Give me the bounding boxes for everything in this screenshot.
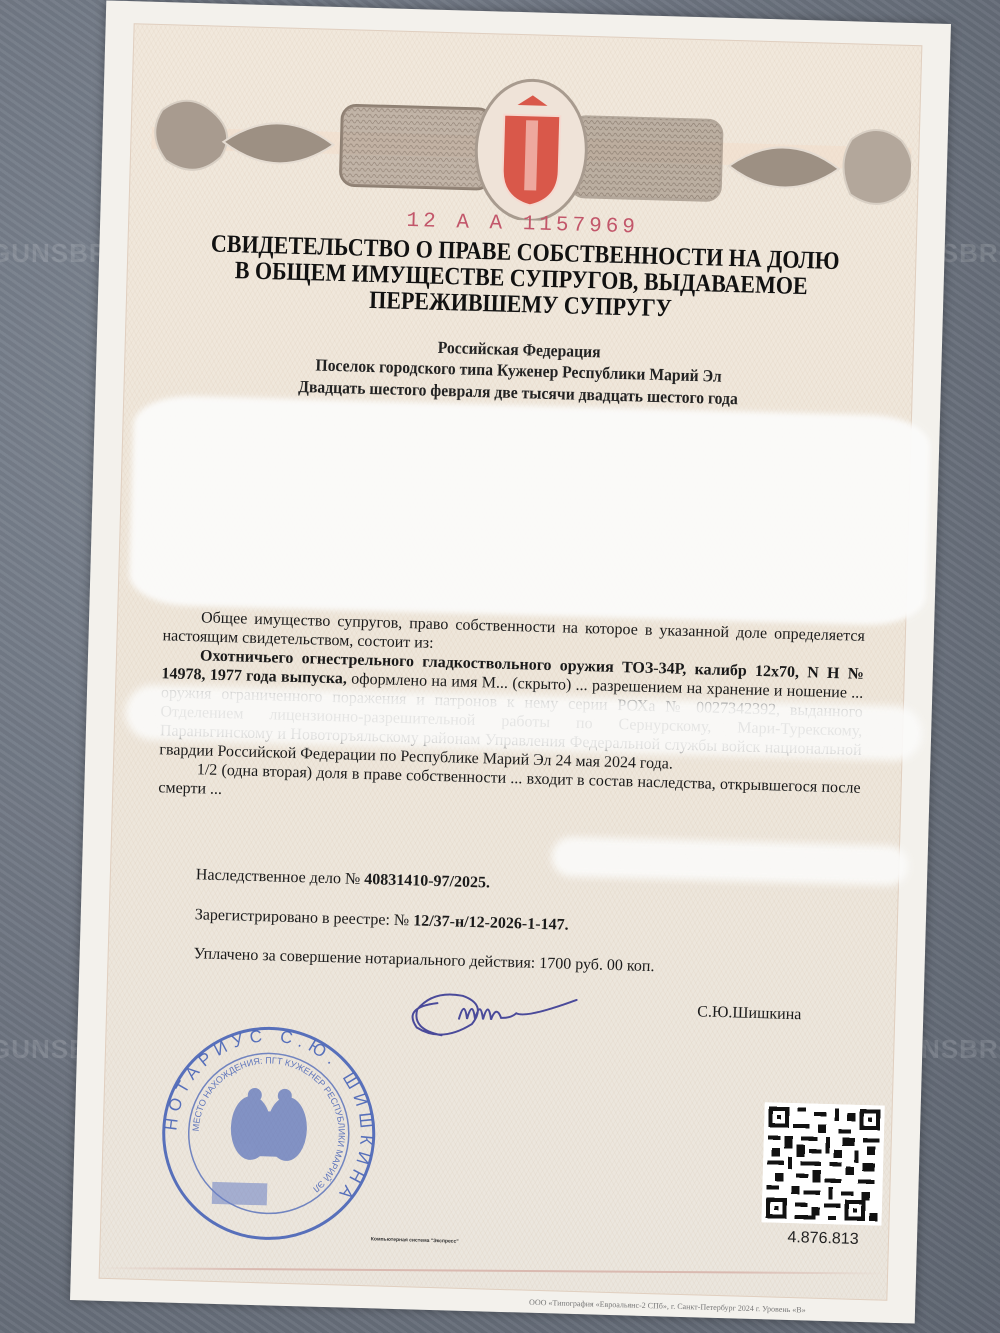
software-note: Компьютерная система "Экспресс" [371, 1236, 459, 1244]
registry-number: 12/37-н/12-2026-1-147. [413, 912, 569, 933]
redacted-area [128, 394, 931, 626]
inheritance-case: Наследственное дело № 40831410-97/2025. [196, 866, 491, 892]
inheritance-case-number: 40831410-97/2025. [364, 871, 490, 892]
printer-note: ООО «Типография «Евроальянс-2 СПб», г. С… [529, 1298, 806, 1315]
registry-label: Зарегистрировано в реестре: № [195, 906, 410, 929]
document-title: СВИДЕТЕЛЬСТВО О ПРАВЕ СОБСТВЕННОСТИ НА Д… [209, 231, 833, 326]
qr-number: 4.876.813 [763, 1228, 883, 1249]
certificate-blank: 12 А А 1157969 СВИДЕТЕЛЬСТВО О ПРАВЕ СОБ… [99, 23, 923, 1301]
notary-stamp-icon: НОТАРИУС С.Ю. ШИШКИНА МЕСТО НАХОЖДЕНИЯ: … [156, 1020, 382, 1246]
fold-line [100, 1267, 887, 1274]
notary-name: С.Ю.Шишкина [697, 1003, 802, 1024]
inheritance-case-label: Наследственное дело № [196, 866, 361, 888]
registry-entry: Зарегистрировано в реестре: № 12/37-н/12… [195, 906, 569, 934]
signature-icon [396, 972, 618, 1048]
certificate-sheet: 12 А А 1157969 СВИДЕТЕЛЬСТВО О ПРАВЕ СОБ… [70, 0, 951, 1323]
notary-fee: Уплачено за совершение нотариального дей… [193, 945, 654, 976]
qr-code-icon [761, 1102, 884, 1225]
redacted-area [551, 836, 909, 886]
